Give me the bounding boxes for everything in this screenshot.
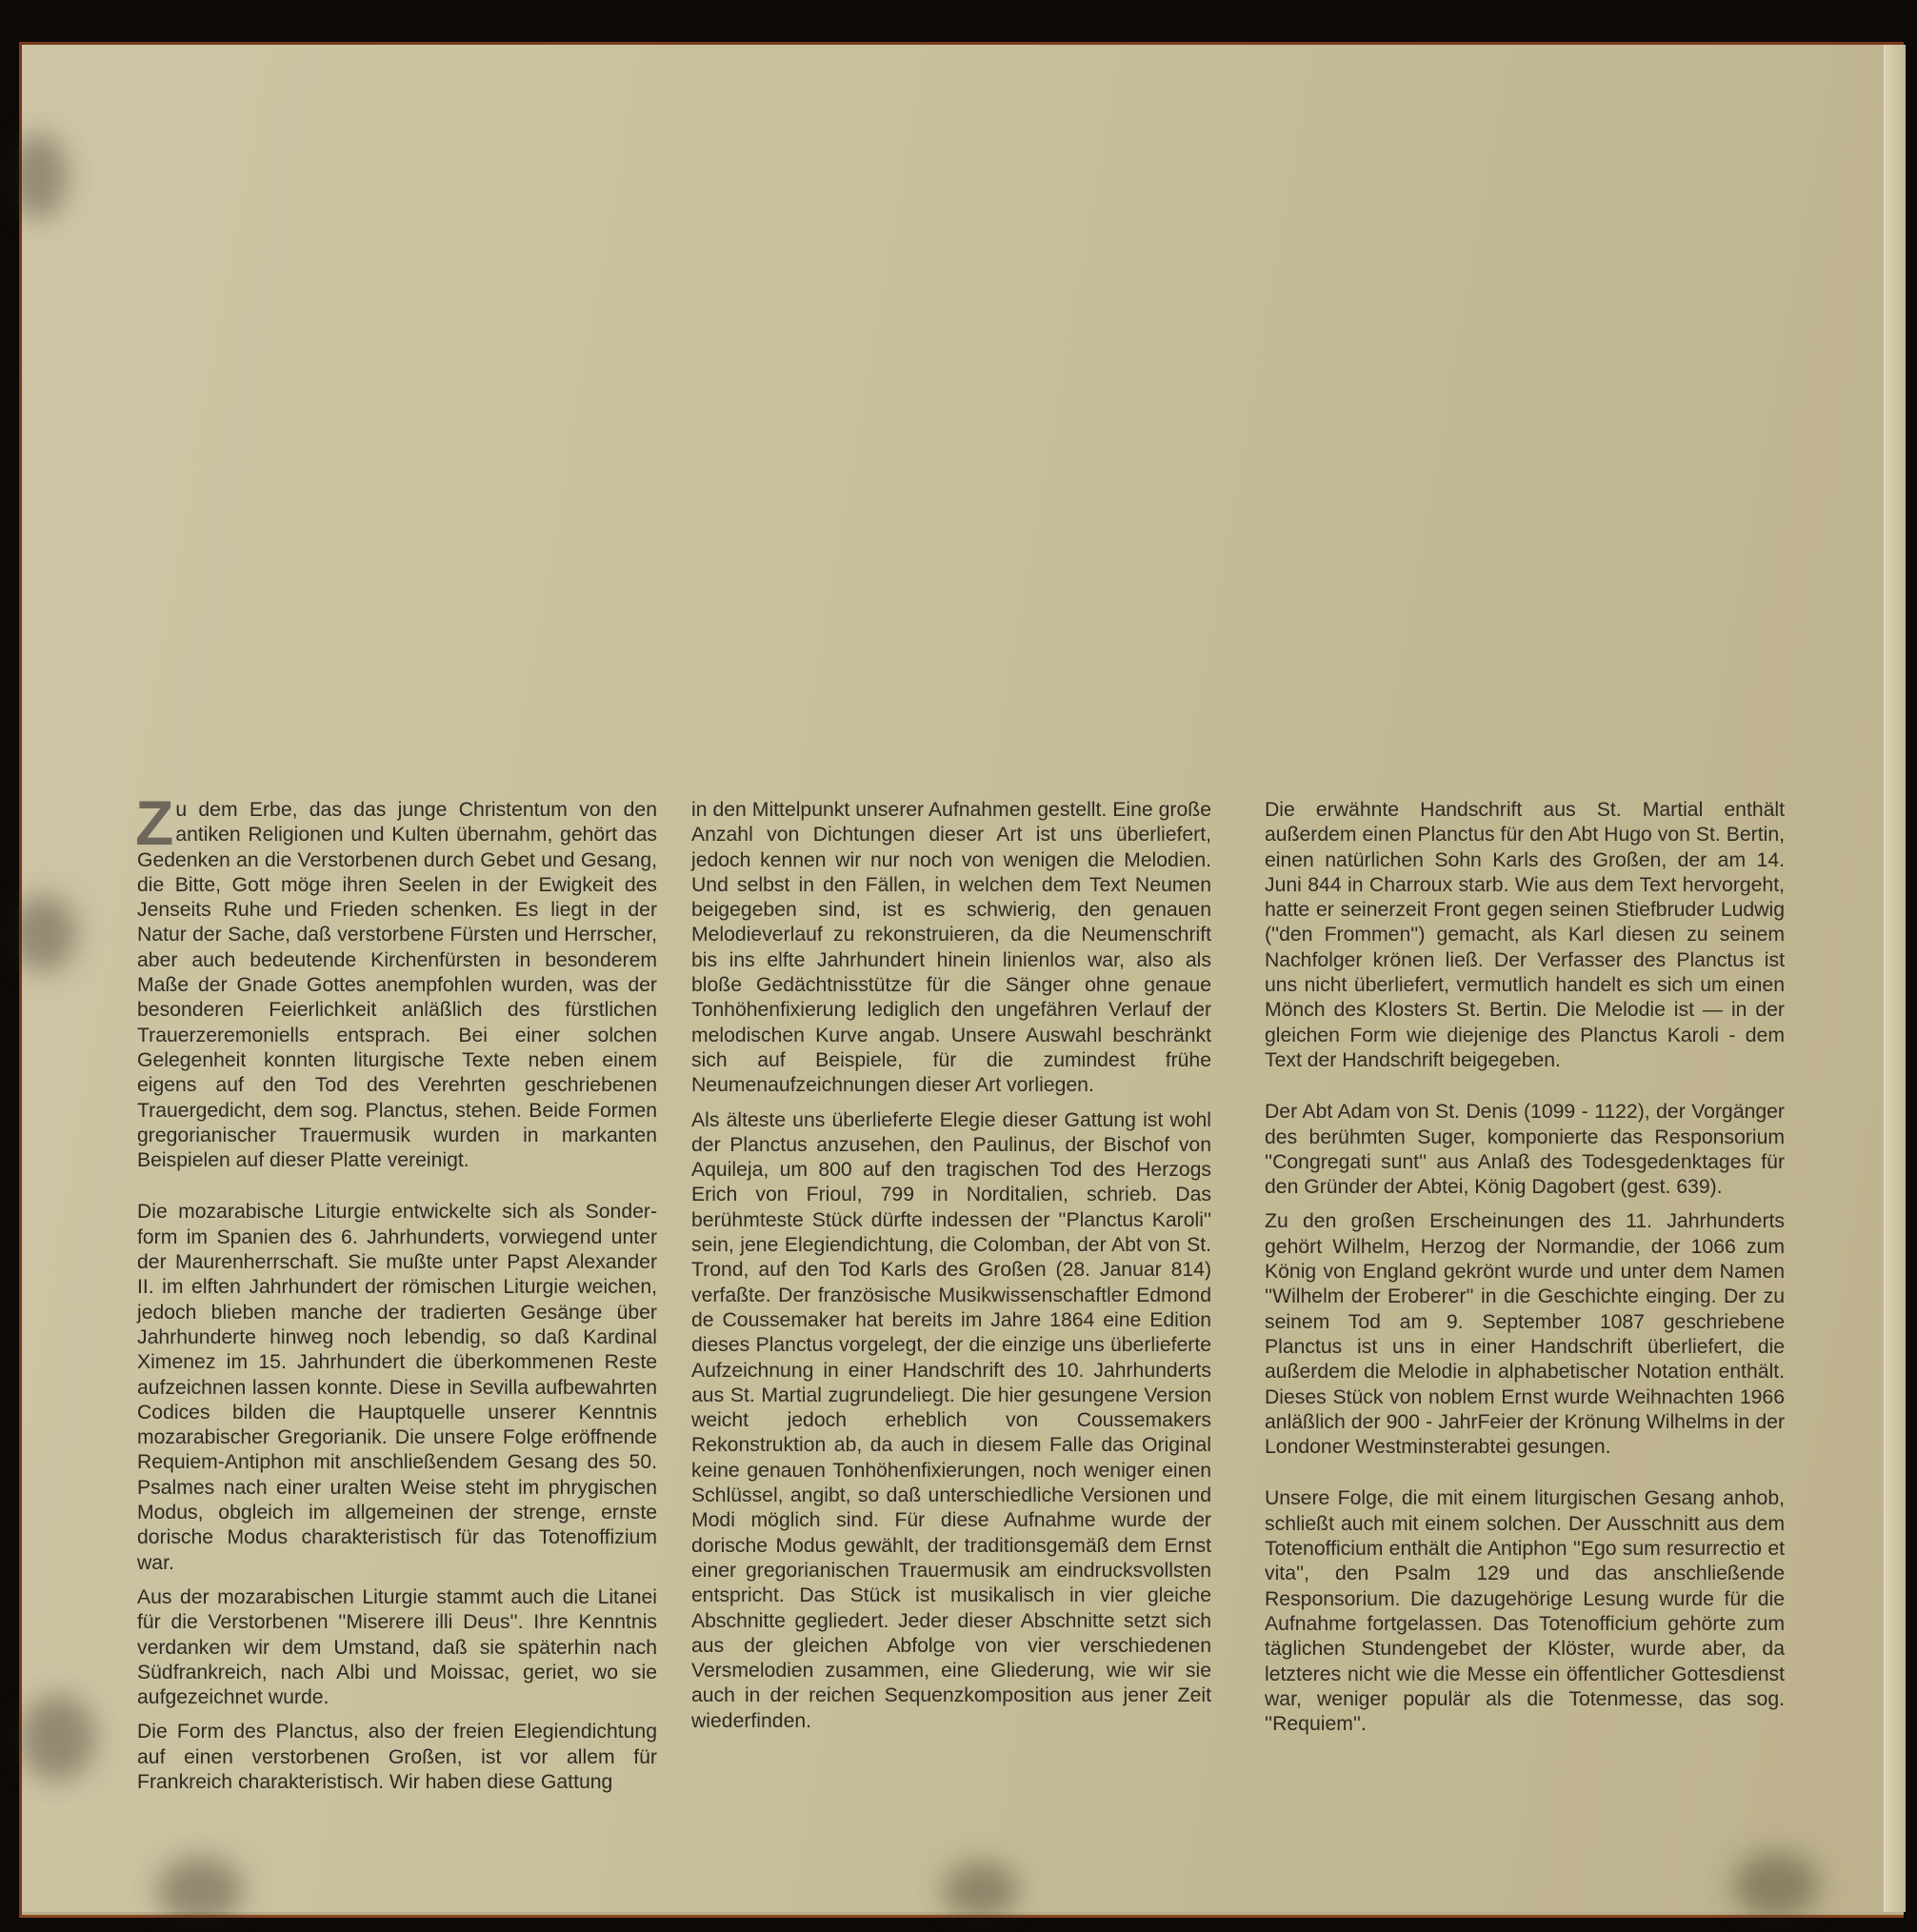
text-column-1: Zu dem Erbe, das das junge Christentum v…: [137, 798, 657, 1804]
paragraph: Die mozarabische Liturgie entwickelte si…: [137, 1200, 657, 1575]
sleeve-spine-edge: [1884, 45, 1906, 1912]
paragraph: Aus der mozarabischen Liturgie stammt au…: [137, 1585, 657, 1710]
paragraph: Als älteste uns überlieferte Elegie dies…: [691, 1108, 1211, 1734]
finger-shadow: [943, 1862, 1019, 1919]
finger-shadow: [19, 1695, 95, 1781]
text-column-2: in den Mittelpunkt unserer Aufnahmen ges…: [691, 798, 1211, 1743]
paragraph: Zu den großen Erscheinungen des 11. Jahr…: [1265, 1209, 1785, 1460]
paragraph: in den Mittelpunkt unserer Aufnahmen ges…: [691, 798, 1211, 1099]
finger-shadow: [1733, 1852, 1819, 1919]
finger-shadow: [157, 1857, 243, 1923]
paragraph: Zu dem Erbe, das das junge Christentum v…: [137, 798, 657, 1173]
paragraph: Die Form des Planctus, also der freien E…: [137, 1720, 657, 1795]
finger-shadow: [10, 133, 67, 219]
drop-cap: Z: [135, 798, 173, 847]
paragraph: Der Abt Adam von St. Denis (1099 - 1122)…: [1265, 1100, 1785, 1200]
text-column-3: Die erwähnte Handschrift aus St. Martial…: [1265, 798, 1785, 1746]
paragraph: Unsere Folge, die mit einem liturgischen…: [1265, 1486, 1785, 1737]
finger-shadow: [10, 895, 76, 971]
paragraph: Die erwähnte Handschrift aus St. Martial…: [1265, 798, 1785, 1073]
